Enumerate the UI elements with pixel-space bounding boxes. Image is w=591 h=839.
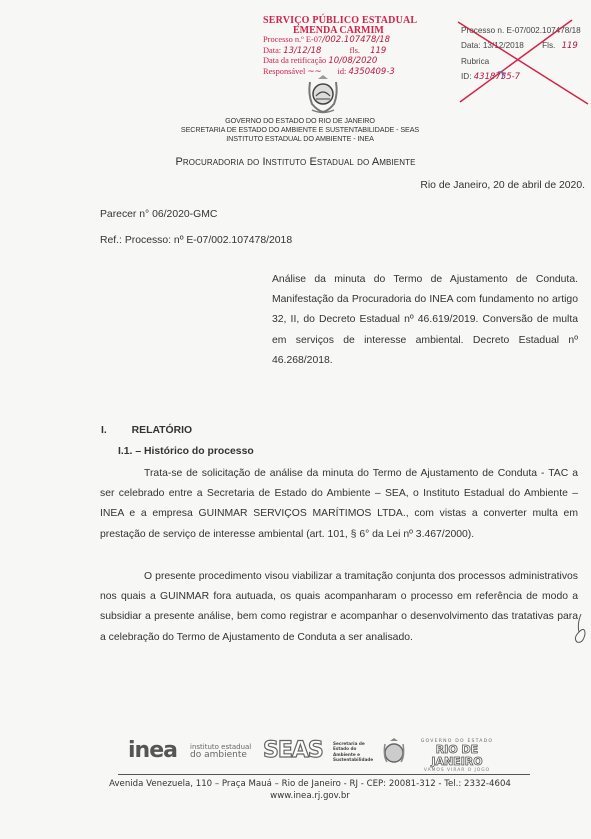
section-heading: I. RELATÓRIO	[101, 425, 192, 436]
inea-logo: inea	[128, 738, 177, 763]
place-date: Rio de Janeiro, 20 de abril de 2020.	[420, 180, 585, 191]
stamp-data: Data: 13/12/18 fls. 119	[263, 46, 443, 57]
coat-of-arms-icon	[306, 74, 340, 114]
footer-divider	[118, 774, 530, 775]
parecer-number: Parecer n° 06/2020-GMC	[100, 209, 217, 220]
stamp-retificacao: Data da retificação 10/08/2020	[263, 56, 443, 67]
stamp-processo: Processo n.º E-07/002.107478/18	[263, 35, 443, 46]
government-header: GOVERNO DO ESTADO DO RIO DE JANEIRO SECR…	[120, 116, 480, 143]
rj-government-logo: GOVERNO DO ESTADO RIO DE JANEIRO VAMOS V…	[410, 739, 504, 773]
rj-coat-of-arms-icon	[382, 738, 406, 768]
paragraph-2: O presente procedimento visou viabilizar…	[100, 567, 578, 648]
cross-out-mark	[450, 18, 591, 106]
footer-logos: inea instituto estadual do ambiente SEAS…	[128, 738, 508, 770]
stamp-subtitle: EMENDA CARMIM	[263, 26, 443, 36]
subsection-heading: I.1. – Histórico do processo	[118, 446, 254, 457]
protocol-stamp: SERVIÇO PÚBLICO ESTADUAL EMENDA CARMIM P…	[263, 16, 443, 78]
handwritten-date: 13/12/18	[283, 46, 321, 56]
margin-initials-icon	[571, 612, 589, 646]
office-title: Procuradoria do Instituto Estadual do Am…	[0, 156, 591, 168]
handwritten-processo: /002.107478/18	[322, 35, 390, 45]
handwritten-fls: 119	[362, 46, 386, 56]
summary-ementa: Análise da minuta do Termo de Ajustament…	[272, 270, 578, 371]
seas-logo: SEAS	[263, 738, 323, 763]
footer-website: www.inea.rj.gov.br	[60, 790, 560, 802]
process-reference: Ref.: Processo: nº E-07/002.107478/2018	[100, 235, 292, 246]
stamp-responsavel: Responsável ~~ id: 4350409-3	[263, 67, 443, 78]
paragraph-1: Trata-se de solicitação de análise da mi…	[100, 464, 578, 545]
footer-address: Avenida Venezuela, 110 – Praça Mauá – Ri…	[60, 778, 560, 802]
